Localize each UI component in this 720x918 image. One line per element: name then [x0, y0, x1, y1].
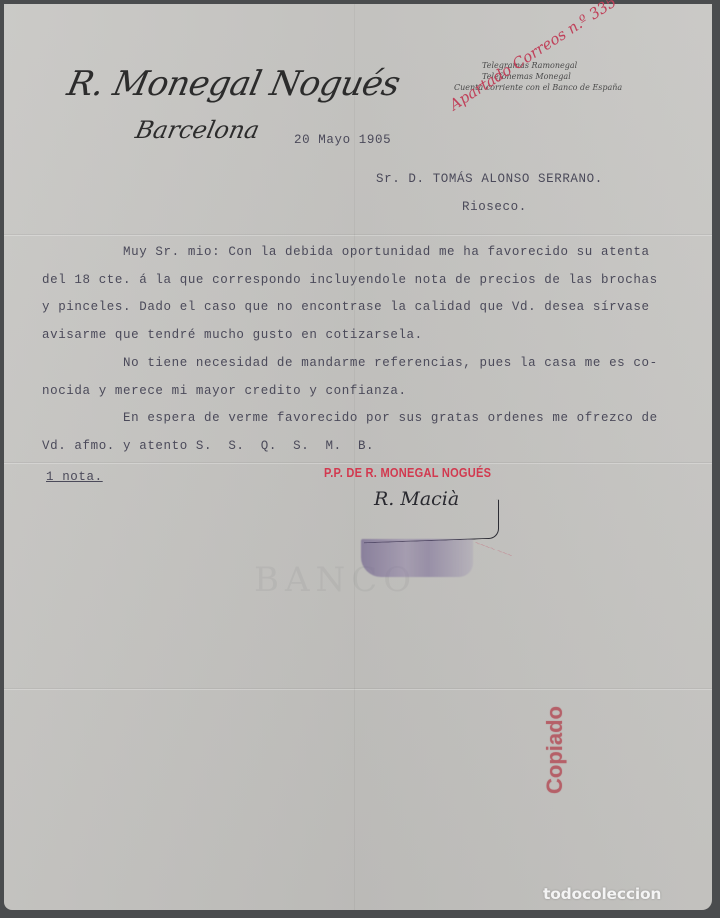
body-line: del 18 cte. á la que correspondo incluye…	[42, 267, 658, 295]
letter-recipient: Sr. D. TOMÁS ALONSO SERRANO.	[376, 172, 603, 186]
company-city: Barcelona	[133, 116, 262, 144]
fold-line	[4, 234, 712, 235]
fold-line	[4, 688, 712, 689]
letter-town: Rioseco.	[462, 200, 527, 214]
body-line: nocida y merece mi mayor credito y confi…	[42, 378, 658, 406]
signature-flourish	[364, 500, 499, 544]
contact-telegram: Telegramas Ramonegal	[454, 60, 622, 71]
handwritten-annotation: Apartado Correos n.º 335	[446, 0, 619, 114]
body-line: En espera de verme favorecido por sus gr…	[42, 405, 658, 433]
body-line: Muy Sr. mio: Con la debida oportunidad m…	[42, 239, 658, 267]
letter-body: Muy Sr. mio: Con la debida oportunidad m…	[42, 239, 658, 461]
site-watermark: todocoleccion	[543, 885, 661, 903]
body-line: Vd. afmo. y atento S. S. Q. S. M. B.	[42, 433, 658, 461]
ink-blot	[361, 539, 473, 577]
faint-stamp: ~~~~ ~~~	[473, 538, 513, 561]
enclosure-note: 1 nota.	[46, 470, 103, 484]
body-line: No tiene necesidad de mandarme referenci…	[42, 350, 658, 378]
letter-sheet: BANCO R. Monegal Nogués Barcelona Telegr…	[4, 4, 712, 910]
letter-date: 20 Mayo 1905	[294, 133, 391, 147]
body-line: y pinceles. Dado el caso que no encontra…	[42, 294, 658, 322]
company-name: R. Monegal Nogués	[64, 64, 404, 104]
company-stamp: P.P. DE R. MONEGAL NOGUÉS	[324, 465, 491, 480]
fold-line	[4, 462, 712, 463]
body-line: avisarme que tendré mucho gusto en cotiz…	[42, 322, 658, 350]
copied-stamp: Copiado	[542, 706, 568, 794]
